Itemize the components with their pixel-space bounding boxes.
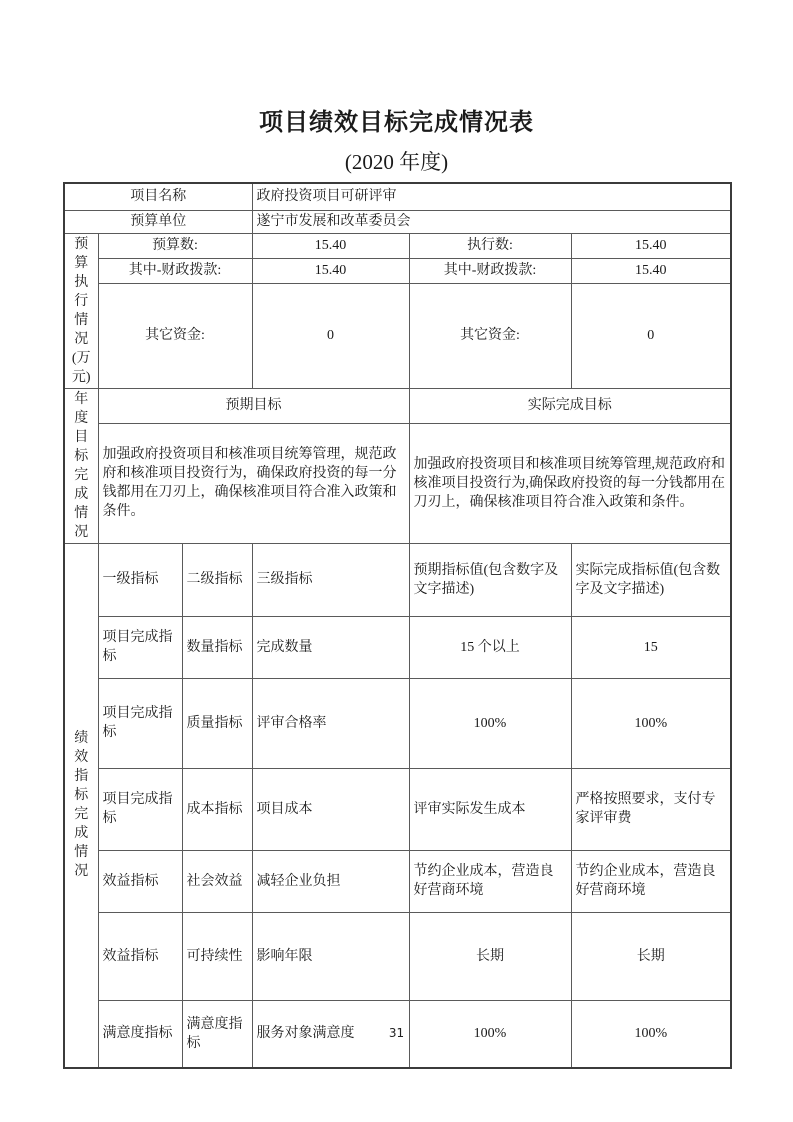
- budget-value: 15.40: [571, 233, 731, 258]
- project-name-label: 项目名称: [64, 183, 252, 210]
- budget-label: 其中-财政拨款:: [98, 258, 252, 283]
- budget-value: 15.40: [571, 258, 731, 283]
- indicator-actual-value: 节约企业成本，营造良好营商环境: [571, 850, 731, 912]
- table-row: 其中-财政拨款: 15.40 其中-财政拨款: 15.40: [64, 258, 731, 283]
- indicator-level2: 成本指标: [182, 768, 252, 850]
- actual-goal-text: 加强政府投资项目和核准项目统筹管理,规范政府和核准项目投资行为,确保政府投资的每…: [409, 423, 731, 543]
- indicator-level1: 项目完成指标: [98, 678, 182, 768]
- indicator-level1: 项目完成指标: [98, 616, 182, 678]
- indicator-level3: 影响年限: [252, 912, 409, 1000]
- table-row: 绩效 指标 完成 情况 一级指标 二级指标 三级指标 预期指标值(包含数字及文字…: [64, 543, 731, 616]
- indicator-level3: 减轻企业负担: [252, 850, 409, 912]
- indicator-expected-value: 15 个以上: [409, 616, 571, 678]
- table-row: 项目完成指标 数量指标 完成数量 15 个以上 15: [64, 616, 731, 678]
- table-row: 预算单位 遂宁市发展和改革委员会: [64, 210, 731, 233]
- indicator-header-actual: 实际完成指标值(包含数字及文字描述): [571, 543, 731, 616]
- budget-unit-label: 预算单位: [64, 210, 252, 233]
- indicator-level2: 社会效益: [182, 850, 252, 912]
- budget-label: 预算数:: [98, 233, 252, 258]
- table-row: 预算 执行 情况 (万 元) 预算数: 15.40 执行数: 15.40: [64, 233, 731, 258]
- indicator-level2: 数量指标: [182, 616, 252, 678]
- indicator-level1: 效益指标: [98, 912, 182, 1000]
- indicator-expected-value: 长期: [409, 912, 571, 1000]
- page-subtitle: (2020 年度): [0, 146, 793, 176]
- indicator-level2: 可持续性: [182, 912, 252, 1000]
- table-row: 效益指标 社会效益 减轻企业负担 节约企业成本，营造良好营商环境 节约企业成本，…: [64, 850, 731, 912]
- indicator-level3: 完成数量: [252, 616, 409, 678]
- budget-label: 其它资金:: [98, 284, 252, 388]
- indicator-level3: 项目成本: [252, 768, 409, 850]
- budget-value: 15.40: [252, 233, 409, 258]
- table-row: 项目名称 政府投资项目可研评审: [64, 183, 731, 210]
- indicator-header-level3: 三级指标: [252, 543, 409, 616]
- indicator-header-expected: 预期指标值(包含数字及文字描述): [409, 543, 571, 616]
- expected-goal-text: 加强政府投资项目和核准项目统筹管理，规范政府和核准项目投资行为，确保政府投资的每…: [98, 423, 409, 543]
- budget-label: 执行数:: [409, 233, 571, 258]
- indicator-expected-value: 评审实际发生成本: [409, 768, 571, 850]
- budget-label: 其它资金:: [409, 284, 571, 388]
- indicator-header-level1: 一级指标: [98, 543, 182, 616]
- budget-value: 0: [252, 284, 409, 388]
- indicator-header-level2: 二级指标: [182, 543, 252, 616]
- indicator-actual-value: 100%: [571, 678, 731, 768]
- expected-goal-header: 预期目标: [98, 388, 409, 423]
- table-row: 加强政府投资项目和核准项目统筹管理，规范政府和核准项目投资行为，确保政府投资的每…: [64, 423, 731, 543]
- table-row: 项目完成指标 成本指标 项目成本 评审实际发生成本 严格按照要求，支付专家评审费: [64, 768, 731, 850]
- table-row: 效益指标 可持续性 影响年限 长期 长期: [64, 912, 731, 1000]
- budget-value: 15.40: [252, 258, 409, 283]
- indicators-section-label: 绩效 指标 完成 情况: [64, 543, 98, 1068]
- indicator-actual-value: 严格按照要求，支付专家评审费: [571, 768, 731, 850]
- actual-goal-header: 实际完成目标: [409, 388, 731, 423]
- table-row: 项目完成指标 质量指标 评审合格率 100% 100%: [64, 678, 731, 768]
- indicator-level2: 质量指标: [182, 678, 252, 768]
- indicator-expected-value: 节约企业成本，营造良好营商环境: [409, 850, 571, 912]
- budget-value: 0: [571, 284, 731, 388]
- indicator-expected-value: 100%: [409, 678, 571, 768]
- page-title: 项目绩效目标完成情况表: [0, 102, 793, 137]
- indicator-level1: 效益指标: [98, 850, 182, 912]
- page-number: 31: [0, 1026, 793, 1040]
- indicator-actual-value: 15: [571, 616, 731, 678]
- annual-goal-section-label: 年度 目标 完成 情况: [64, 388, 98, 543]
- budget-label: 其中-财政拨款:: [409, 258, 571, 283]
- indicator-actual-value: 长期: [571, 912, 731, 1000]
- indicator-level1: 项目完成指标: [98, 768, 182, 850]
- performance-table: 项目名称 政府投资项目可研评审 预算单位 遂宁市发展和改革委员会 预算 执行 情…: [63, 182, 732, 1069]
- table-row: 年度 目标 完成 情况 预期目标 实际完成目标: [64, 388, 731, 423]
- budget-section-label: 预算 执行 情况 (万 元): [64, 233, 98, 388]
- table-row: 其它资金: 0 其它资金: 0: [64, 284, 731, 388]
- budget-unit-value: 遂宁市发展和改革委员会: [252, 210, 731, 233]
- indicator-level3: 评审合格率: [252, 678, 409, 768]
- project-name-value: 政府投资项目可研评审: [252, 183, 731, 210]
